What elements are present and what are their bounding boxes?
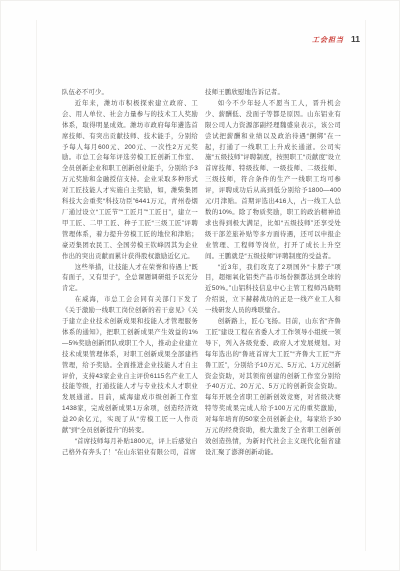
body-paragraph: “近3年，我们攻克了2项国外“卡脖子”项目，超细氧化铝类产品市场份额都达到全球的… (205, 263, 341, 318)
body-paragraph: 如今不少年轻人不愿当工人，晋升机会少、薪酬低、没面子等都是原因。山东铝业有限公司… (205, 99, 341, 263)
body-paragraph: 技师王鹏欣慰地告诉记者。 (205, 88, 341, 99)
text-column-right: 技师王鹏欣慰地告诉记者。 如今不少年轻人不愿当工人，晋升机会少、薪酬低、没面子等… (205, 88, 341, 459)
body-paragraph: 这些举措，让技能人才在荣誉和待遇上“既有面子，又有里子”，全总课题调研组予以充分… (62, 263, 198, 296)
body-paragraph: 近年来，潍坊市积极探索建立政府、工会、用人单位、社会力量参与的技术工人奖励体系，… (62, 99, 198, 263)
body-paragraph: “首席技师每月补贴1800元，评上后感觉自己格外有奔头了！”在山东铝业有限公司，… (62, 437, 198, 459)
page-header: 工会担当 11 (312, 34, 360, 45)
body-paragraph: 在威海，市总工会会同有关部门下发了《关于激励一线职工岗位创新的若干意见》《关于建… (62, 295, 198, 437)
section-label: 工会担当 (312, 35, 344, 45)
page-edge-line-right (365, 20, 366, 551)
page-edge-line-left (36, 20, 37, 551)
body-paragraph: 队伍必不可少。 (62, 88, 198, 99)
text-column-left: 队伍必不可少。 近年来，潍坊市积极探索建立政府、工会、用人单位、社会力量参与的技… (62, 88, 198, 459)
magazine-page: 工会担当 11 队伍必不可少。 近年来，潍坊市积极探索建立政府、工会、用人单位、… (0, 0, 400, 571)
page-number: 11 (351, 34, 360, 44)
body-paragraph: 创新路上，匠心飞扬。目前，山东省“齐鲁工匠”建设工程在省委人才工作领导小组统一领… (205, 317, 341, 459)
